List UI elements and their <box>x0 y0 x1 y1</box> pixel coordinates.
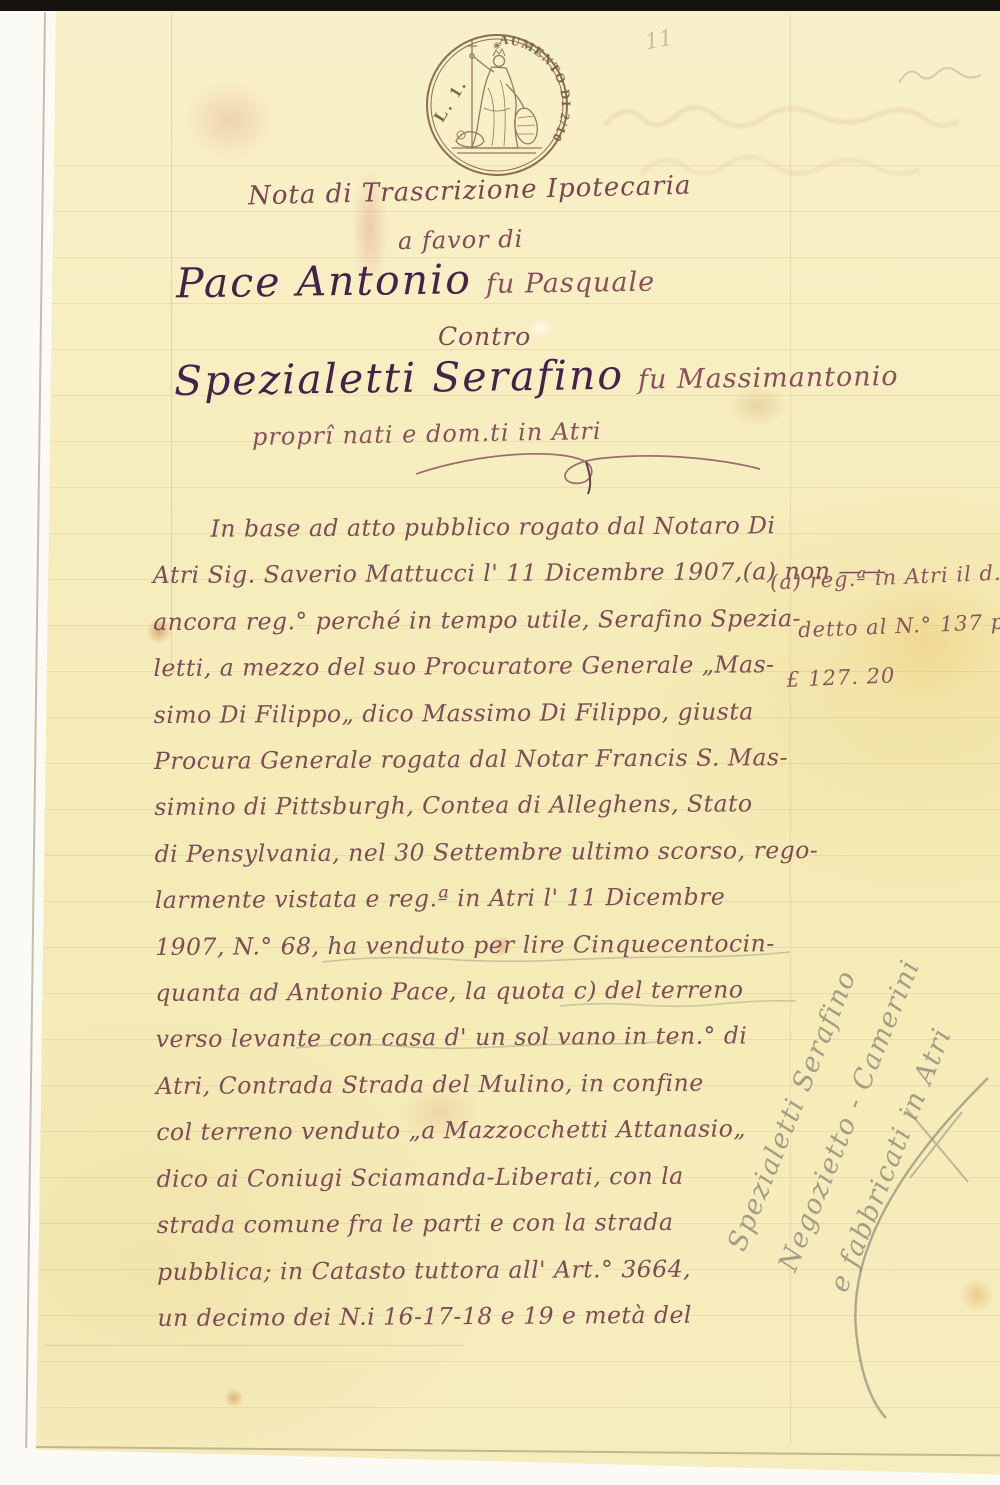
registration-margin-note: (a) reg.ª in Atri il d. detto al N.° 137… <box>769 542 1000 706</box>
stain <box>528 318 554 338</box>
body-line: un decimo dei N.i 16-17-18 e 19 e metà d… <box>157 1291 822 1341</box>
body-line: simino di Pittsburgh, Contea di Alleghen… <box>154 780 819 830</box>
favor-line: a favor di <box>398 225 524 255</box>
document-title: Nota di Trascrizione Ipotecaria <box>248 171 692 212</box>
stain <box>224 1388 244 1408</box>
stain <box>960 1278 994 1312</box>
party2-name: Spezialetti Serafino <box>174 351 625 405</box>
party1-name: Pace Antonio <box>176 255 472 307</box>
versus-line: Contro <box>438 322 531 351</box>
revenue-stamp-seal: AUMENTO DI 2/10 L. 1. <box>414 28 582 180</box>
body-line: di Pensylvania, nel 30 Settembre ultimo … <box>154 827 819 877</box>
party1-line: Pace Antoniofu Pasquale <box>176 253 656 308</box>
body-line: letti, a mezzo del suo Procuratore Gener… <box>153 641 818 691</box>
body-line: Procura Generale rogata dal Notar Franci… <box>154 734 819 784</box>
body-line: simo Di Filippo„ dico Massimo Di Filippo… <box>154 688 819 738</box>
fold-crease-horizontal <box>45 1345 465 1346</box>
body-line: Atri, Contrada Strada del Mulino, in con… <box>156 1059 821 1109</box>
party2-line: Spezialetti Serafinofu Massimantonio <box>174 347 899 405</box>
allegorical-figure-icon <box>452 40 542 153</box>
party1-suffix: fu Pasquale <box>486 267 656 300</box>
body-line: larmente vistata e reg.ª in Atri l' 11 D… <box>155 873 820 923</box>
body-line: col terreno venduto „a Mazzocchetti Atta… <box>156 1105 821 1155</box>
body-line: verso levante con casa d' un sol vano in… <box>156 1012 821 1062</box>
body-line: 1907, N.° 68, ha venduto per lire Cinque… <box>155 920 820 970</box>
body-line: quanta ad Antonio Pace, la quota c) del … <box>155 966 820 1016</box>
pencil-scribble <box>895 55 985 95</box>
stain <box>185 80 275 160</box>
seal-left-label: L. 1. <box>430 75 471 125</box>
pencil-page-number: 11 <box>643 26 675 55</box>
body-line: dico ai Coniugi Sciamanda-Liberati, con … <box>156 1152 821 1202</box>
flourish-divider <box>410 444 770 496</box>
body-line: Atri Sig. Saverio Mattucci l' 11 Dicembr… <box>153 548 818 598</box>
paper-sheet: AUMENTO DI 2/10 L. 1. <box>0 0 1000 1485</box>
body-line: ancora reg.° perché in tempo utile, Sera… <box>153 595 818 645</box>
party2-suffix: fu Massimantonio <box>638 361 899 396</box>
body-line: pubblica; in Catasto tuttora all' Art.° … <box>157 1244 822 1294</box>
body-line: In base ad atto pubblico rogato dal Nota… <box>152 502 817 552</box>
scanner-edge <box>0 0 1000 11</box>
document-scan: AUMENTO DI 2/10 L. 1. <box>0 0 1000 1485</box>
